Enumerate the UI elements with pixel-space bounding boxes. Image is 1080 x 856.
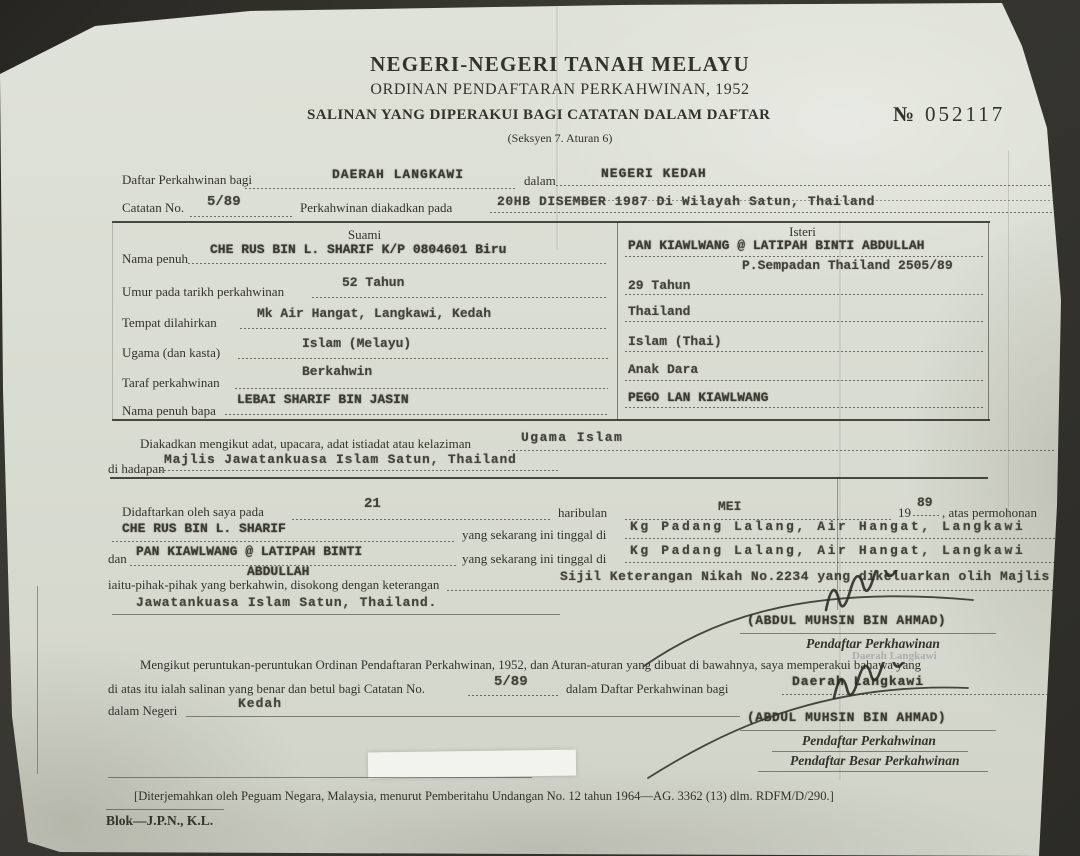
fold-crease [839,220,842,780]
value-wife-address: Kg Padang Lalang, Air Hangat, Langkawi [630,543,1025,558]
value-sijil-line1: Sijil Keterangan Nikah No.2234 yang dike… [560,569,1050,584]
translation-note: [Diterjemahkan oleh Peguam Negara, Malay… [134,789,834,804]
value-negeri: NEGERI KEDAH [601,166,707,181]
certify-catatan-no: 5/89 [494,674,528,690]
label-catatan-no: Catatan No. [122,200,184,216]
certify-negeri: Kedah [238,696,282,711]
value-husband-name: CHE RUS BIN L. SHARIF [122,521,286,536]
value-wife-name: PAN KIAWLWANG @ LATIPAH BINTI [136,544,362,559]
signature2-title1: Pendaftar Perkahwinan [802,733,936,749]
column-header-suami: Suami [112,227,617,243]
label-tinggal-di-1: yang sekarang ini tinggal di [462,527,606,543]
label-di-hadapan: di hadapan [108,461,165,477]
suami-taraf: Berkahwin [302,364,372,379]
row-label-bapa: Nama penuh bapa [122,403,216,419]
page-edge-mark [1008,150,1009,520]
suami-nama: CHE RUS BIN L. SHARIF K/P 0804601 Biru [210,242,506,257]
doc-title: NEGERI-NEGERI TANAH MELAYU [85,52,1035,77]
isteri-nama: PAN KIAWLWANG @ LATIPAH BINTI ABDULLAH [628,238,924,253]
isteri-bapa: PEGO LAN KIAWLWANG [628,390,768,405]
row-label-nama-penuh: Nama penuh [122,251,188,267]
certify-line1: Mengikut peruntukan-peruntukan Ordinan P… [140,658,921,673]
doc-subtitle-ordinance: ORDINAN PENDAFTARAN PERKAHWINAN, 1952 [85,81,1035,99]
isteri-taraf: Anak Dara [628,362,698,377]
signature1-name: (ABDUL MUHSIN BIN AHMAD) [747,613,946,628]
certify-line3-prefix: dalam Negeri [108,704,177,719]
value-tarikh-perkahwinan: 20HB DISEMBER 1987 Di Wilayah Satun, Tha… [497,194,875,209]
label-rite: Diakadkan mengikut adat, upacara, adat i… [140,436,471,452]
label-disokong: iaitu-pihak-pihak yang berkahwin, disoko… [108,577,439,593]
document-photo: NEGERI-NEGERI TANAH MELAYU ORDINAN PENDA… [0,0,1080,856]
value-husband-address: Kg Padang Lalang, Air Hangat, Langkawi [630,519,1025,534]
isteri-umur: 29 Tahun [628,278,690,293]
signature2-title2: Pendaftar Besar Perkahwinan [790,753,960,769]
value-day: 21 [364,496,381,512]
page-edge-mark [37,586,38,774]
signature2-name: (ABDUL MUHSIN BIN AHMAD) [747,710,946,725]
suami-umur: 52 Tahun [342,275,404,290]
value-majlis: Majlis Jawatankuasa Islam Satun, Thailan… [164,452,517,467]
label-tinggal-di-2: yang sekarang ini tinggal di [462,551,606,567]
certify-line2-prefix: di atas itu ialah salinan yang benar dan… [108,682,425,697]
value-month: MEI [718,499,741,514]
row-label-ugama: Ugama (dan kasta) [122,345,220,361]
serial-number: 052117 [925,102,1005,127]
label-dalam: dalam [524,173,556,189]
doc-copy-title: SALINAN YANG DIPERAKUI BAGI CATATAN DALA… [307,107,770,124]
certificate-paper: NEGERI-NEGERI TANAH MELAYU ORDINAN PENDA… [0,0,1080,856]
value-daerah: DAERAH LANGKAWI [332,167,464,182]
label-dan: dan [108,551,127,567]
serial-no-symbol: № [893,102,914,127]
certify-daerah: Daerah Langkawi [792,674,924,689]
value-sijil-line2: Jawatankuasa Islam Satun, Thailand. [136,595,437,610]
label-daftar-bagi: Daftar Perkahwinan bagi [122,172,252,188]
label-perkahwinan-diakadkan: Perkahwinan diakadkan pada [300,200,452,216]
suami-ugama: Islam (Melayu) [302,336,411,351]
row-label-umur: Umur pada tarikh perkahwinan [122,284,284,300]
tape-patch [368,750,576,779]
certify-line2-mid: dalam Daftar Perkahwinan bagi [566,682,728,697]
value-rite: Ugama Islam [521,430,623,445]
suami-bapa: LEBAI SHARIF BIN JASIN [237,392,409,407]
isteri-nama-line2: P.Sempadan Thailand 2505/89 [742,258,953,273]
value-year: 89 [917,495,933,510]
row-label-taraf: Taraf perkahwinan [122,375,220,391]
suami-tempat: Mk Air Hangat, Langkawi, Kedah [257,306,491,321]
block-reference: Blok—J.P.N., K.L. [106,813,213,829]
section-rule-ref: (Seksyen 7. Aturan 6) [85,131,1035,146]
isteri-tempat: Thailand [628,304,690,319]
label-haribulan: haribulan [558,505,607,521]
value-catatan-no: 5/89 [207,194,241,210]
isteri-ugama: Islam (Thai) [628,334,722,349]
label-didaftarkan: Didaftarkan oleh saya pada [122,504,264,520]
row-label-tempat: Tempat dilahirkan [122,315,217,331]
